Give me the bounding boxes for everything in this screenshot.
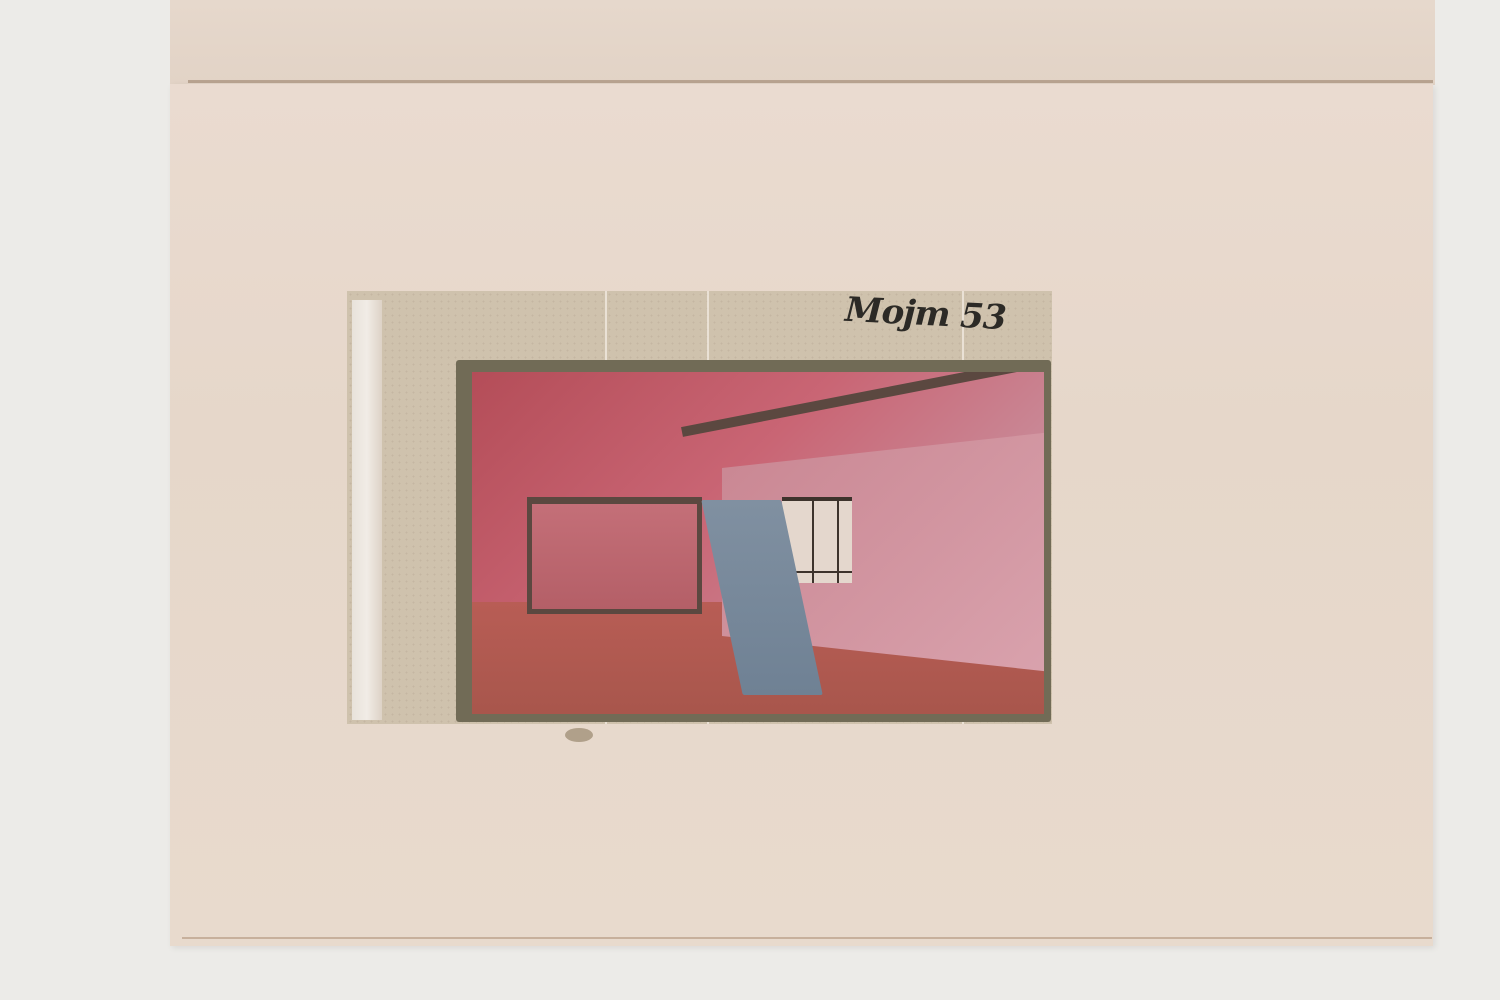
- card-torn-edge: [352, 300, 382, 720]
- room-back-wall: [527, 497, 702, 614]
- sketchbook-bottom-edge: [182, 937, 1432, 939]
- watercolor-painting: [472, 372, 1044, 714]
- paper-stain: [565, 728, 593, 742]
- sketchbook-page-edge: [188, 80, 1433, 83]
- ceiling-beam: [681, 372, 1044, 437]
- sketchbook-top-page: [170, 0, 1435, 85]
- artist-signature: Mojm 53: [844, 290, 1007, 338]
